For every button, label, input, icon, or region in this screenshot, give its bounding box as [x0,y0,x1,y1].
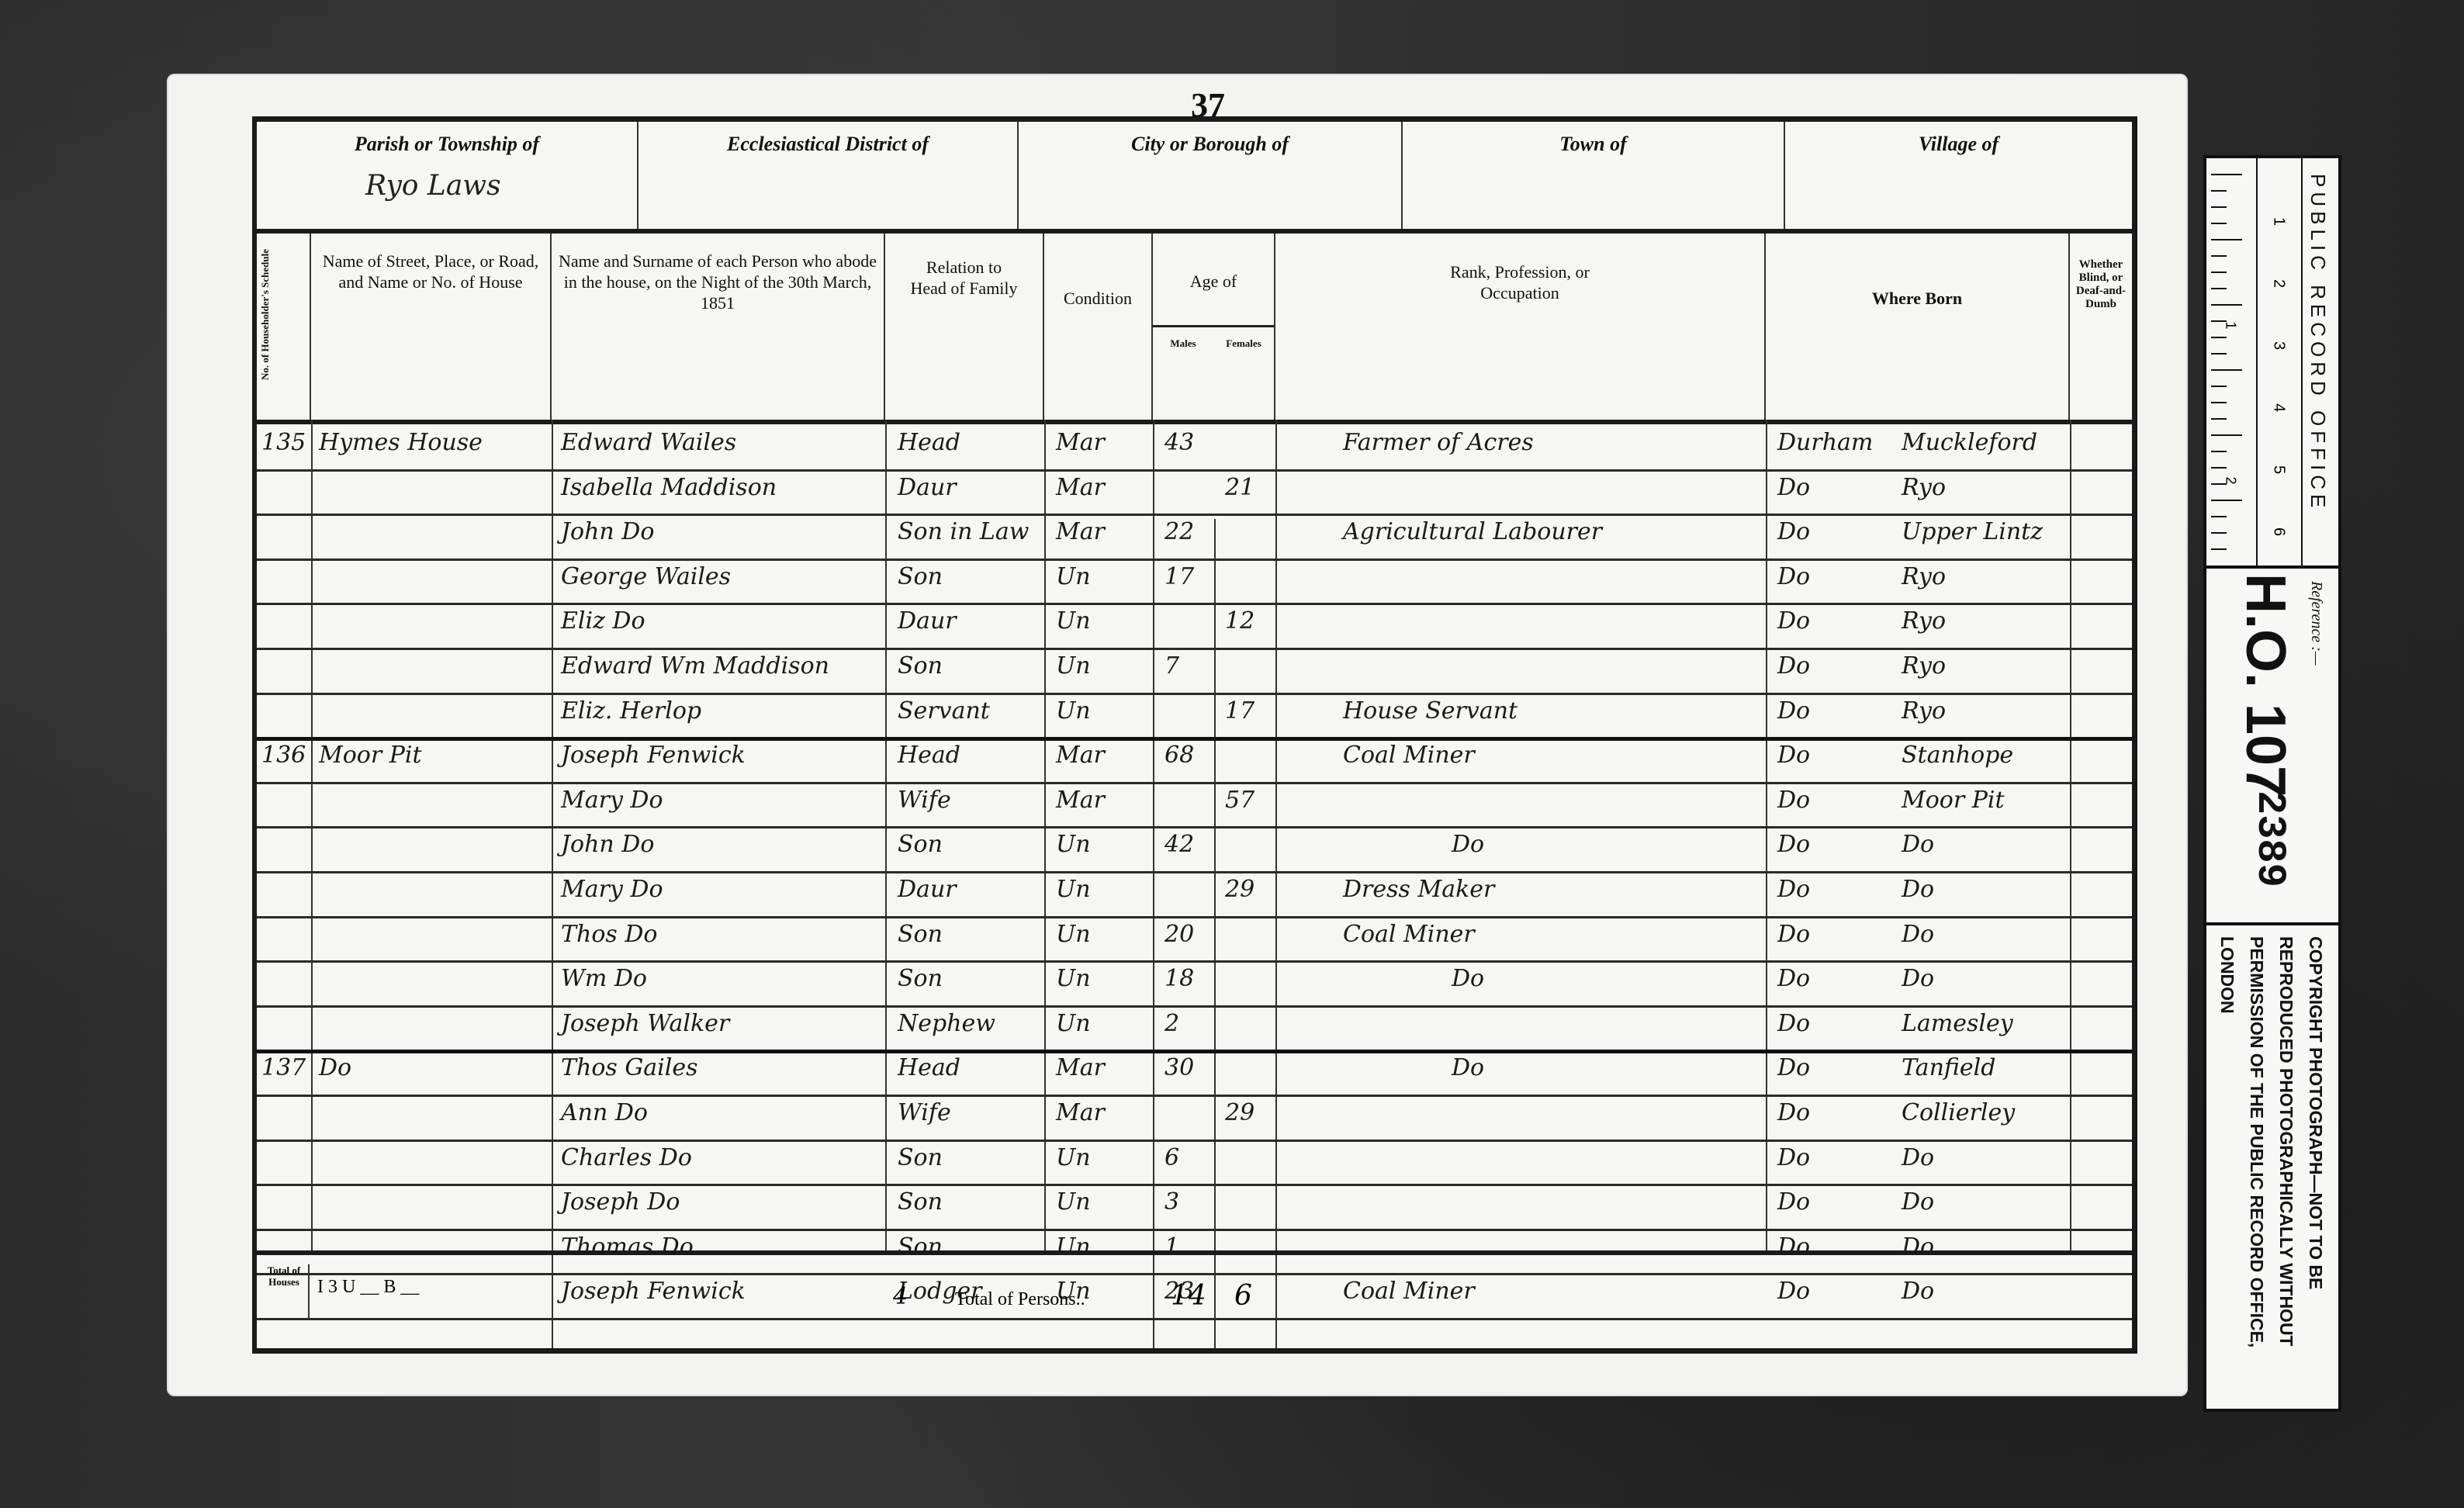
table-row: Ann DoWifeMar29DoCollierley [257,1095,2132,1142]
total-houses-label: Total of Houses [260,1264,310,1319]
total-males: 14 [1171,1280,1206,1312]
cell-female: 21 [1225,474,1254,509]
col-age: Age of Males Females [1153,233,1275,420]
cell-condition: Mar [1056,1099,1105,1134]
cell-name: Edward Wailes [561,429,736,464]
cell-occupation [1312,1099,1343,1134]
table-row: 135Hymes HouseEdward WailesHeadMar43Farm… [257,424,2132,472]
cell-occupation: House Servant [1312,697,1518,732]
parish-label: Parish or Township of [257,133,637,156]
cell-name: Mary Do [561,876,663,911]
town-label: Town of [1403,133,1784,156]
col-name: Name and Surname of each Person who abod… [552,233,885,420]
cell-born-county: Do [1777,607,1810,642]
cell-born-place: Upper Lintz [1902,518,2043,553]
cell-occupation [1312,1144,1343,1179]
cell-name: Mary Do [561,787,663,821]
cell-name: Thos Do [561,921,657,956]
cell-born-county: Do [1777,742,1810,776]
cell-occupation [1312,1188,1343,1223]
cell-occupation: Dress Maker [1312,876,1494,911]
copyright-section: COPYRIGHT PHOTOGRAPH—NOT TO BE REPRODUCE… [2206,922,2338,1403]
totals-row: Total of Houses I 3 U __ B __ 4 Total of… [257,1250,2132,1348]
cell-relation: Son [898,1188,943,1223]
cell-condition: Un [1056,831,1091,866]
table-row: John DoSonUn42DoDoDo [257,826,2132,873]
col-born: Where Born [1766,233,2070,420]
cell-condition: Un [1056,697,1091,732]
parish-cell: Parish or Township of Ryo Laws [257,122,638,229]
cell-male: 30 [1165,1054,1194,1089]
cell-born-county: Do [1777,1010,1810,1045]
cell-street: Hymes House [319,429,483,464]
cell-male: 20 [1165,921,1194,956]
table-row: Thos DoSonUn20Coal MinerDoDo [257,916,2132,963]
cell-born-county: Durham [1777,429,1873,464]
cell-condition: Un [1056,652,1091,687]
cell-occupation: Coal Miner [1312,742,1475,776]
total-houses-value: I 3 U __ B __ [317,1277,419,1298]
cell-name: John Do [561,518,654,553]
ecclesiastical-cell: Ecclesiastical District of [638,122,1019,229]
cell-born-place: Do [1902,876,1934,911]
office-name: PUBLIC RECORD OFFICE [2306,174,2330,512]
cell-born-place: Collierley [1902,1099,2015,1134]
cell-born-place: Lamesley [1902,1010,2013,1045]
cell-street: Do [319,1054,351,1089]
cell-condition: Mar [1056,429,1105,464]
cell-condition: Un [1056,965,1091,1000]
cell-born-county: Do [1777,652,1810,687]
table-row: George WailesSonUn17DoRyo [257,559,2132,606]
cell-name: Joseph Walker [561,1010,729,1045]
col-schedule: No. of Householder's Schedule [257,233,311,420]
cell-sched: 137 [261,1054,306,1089]
parish-value: Ryo Laws [365,170,501,202]
cell-name: Ann Do [561,1099,648,1134]
cell-condition: Un [1056,607,1091,642]
col-condition: Condition [1044,233,1153,420]
cell-born-county: Do [1777,787,1810,821]
cell-born-place: Ryo [1902,697,1946,732]
cell-relation: Son [898,921,943,956]
cell-born-place: Ryo [1902,607,1946,642]
cell-name: George Wailes [561,563,731,598]
village-label: Village of [1785,133,2132,156]
cell-born-county: Do [1777,876,1810,911]
cell-name: Joseph Fenwick [561,742,746,776]
cell-relation: Nephew [898,1010,995,1045]
cell-male: 18 [1165,965,1194,1000]
cell-born-county: Do [1777,1099,1810,1134]
table-row: 136Moor PitJoseph FenwickHeadMar68Coal M… [257,737,2132,784]
cell-relation: Son [898,831,943,866]
city-label: City or Borough of [1019,133,1401,156]
copyright-notice: COPYRIGHT PHOTOGRAPH—NOT TO BE REPRODUCE… [2213,936,2331,1386]
cell-name: Eliz. Herlop [561,697,701,732]
cell-occupation: Agricultural Labourer [1312,518,1602,553]
cell-male: 17 [1165,563,1194,598]
cell-born-place: Moor Pit [1902,787,2005,821]
cell-condition: Mar [1056,518,1105,553]
cell-relation: Wife [898,1099,951,1134]
column-headers: No. of Householder's Schedule Name of St… [257,233,2132,424]
cell-born-place: Stanhope [1902,742,2013,776]
table-row: John DoSon in LawMar22Agricultural Labou… [257,514,2132,561]
col-relation: Relation to Head of Family [885,233,1044,420]
col-occupation: Rank, Profession, or Occupation [1275,233,1766,420]
table-row: 137DoThos GailesHeadMar30DoDoTanfield [257,1050,2132,1097]
cell-born-county: Do [1777,518,1810,553]
cell-occupation: Do [1312,1054,1484,1089]
cell-name: Thos Gailes [561,1054,698,1089]
cell-born-county: Do [1777,1188,1810,1223]
cell-male: 43 [1165,429,1194,464]
cell-born-county: Do [1777,965,1810,1000]
reference-section: Reference :— H.O. 107 2389 [2206,565,2338,925]
census-form: Parish or Township of Ryo Laws Ecclesias… [252,116,2137,1354]
cell-sched: 135 [261,429,306,464]
cell-male: 68 [1165,742,1194,776]
cell-male: 22 [1165,518,1194,553]
table-row: Eliz. HerlopServantUn17House ServantDoRy… [257,693,2132,742]
table-row: Isabella MaddisonDaurMar21DoRyo [257,469,2132,517]
cell-condition: Mar [1056,474,1105,509]
col-street: Name of Street, Place, or Road, and Name… [311,233,552,420]
cell-relation: Son [898,1144,943,1179]
reference-class: H.O. 107 [2237,573,2293,797]
table-row: Mary DoDaurUn29Dress MakerDoDo [257,871,2132,918]
cell-condition: Mar [1056,787,1105,821]
cell-born-county: Do [1777,831,1810,866]
cell-occupation: Farmer of Acres [1312,429,1534,464]
cell-occupation: Do [1312,965,1484,1000]
tally-annotation: 4 [893,1283,908,1310]
cell-male: 2 [1165,1010,1179,1045]
cell-occupation [1312,1010,1343,1045]
cell-female: 17 [1225,697,1254,732]
census-rows: 135Hymes HouseEdward WailesHeadMar43Farm… [257,424,2132,1318]
cell-born-place: Tanfield [1902,1054,1995,1089]
cell-born-place: Do [1902,831,1934,866]
cell-occupation [1312,787,1343,821]
cell-name: Edward Wm Maddison [561,652,829,687]
cell-relation: Daur [898,607,957,642]
cell-born-place: Do [1902,1188,1934,1223]
cell-condition: Mar [1056,1054,1105,1089]
cell-born-county: Do [1777,474,1810,509]
cell-condition: Un [1056,563,1091,598]
cell-name: Eliz Do [561,607,645,642]
cell-male: 42 [1165,831,1194,866]
reference-tag: 1 2 1 2 3 4 5 6 PUBLIC RECORD OFFICE Ref… [2203,155,2341,1412]
city-cell: City or Borough of [1019,122,1403,229]
cell-condition: Un [1056,1144,1091,1179]
table-row: Eliz DoDaurUn12DoRyo [257,603,2132,650]
cell-male: 3 [1165,1188,1179,1223]
cell-female: 29 [1225,876,1254,911]
reference-piece: 2389 [2247,790,2293,887]
cell-born-place: Do [1902,921,1934,956]
table-row: Charles DoSonUn6DoDo [257,1140,2132,1187]
cell-relation: Head [898,429,960,464]
cell-male: 6 [1165,1144,1179,1179]
cell-born-place: Ryo [1902,474,1946,509]
cell-born-county: Do [1777,1054,1810,1089]
cell-condition: Un [1056,876,1091,911]
cell-relation: Daur [898,474,957,509]
location-header: Parish or Township of Ryo Laws Ecclesias… [257,122,2132,233]
cm-scale: 1 2 3 4 5 6 [2256,158,2303,565]
cell-name: Joseph Do [561,1188,680,1223]
cell-born-place: Do [1902,1144,1934,1179]
cell-name: John Do [561,831,654,866]
cell-female: 57 [1225,787,1254,821]
cell-relation: Son [898,652,943,687]
cell-born-place: Muckleford [1902,429,2037,464]
cell-occupation: Coal Miner [1312,921,1475,956]
cell-born-county: Do [1777,921,1810,956]
cell-born-county: Do [1777,1144,1810,1179]
inch-ruler: 1 2 [2211,158,2258,565]
cell-relation: Daur [898,876,957,911]
cell-occupation: Do [1312,831,1484,866]
cell-born-county: Do [1777,697,1810,732]
reference-label: Reference :— [2307,581,2325,666]
village-cell: Village of [1785,122,2132,229]
cell-born-place: Ryo [1902,652,1946,687]
cell-born-place: Ryo [1902,563,1946,598]
cell-relation: Head [898,1054,960,1089]
total-females: 6 [1234,1280,1252,1312]
cell-occupation [1312,652,1343,687]
total-persons-label: Total of Persons.. [955,1289,1085,1310]
cell-relation: Wife [898,787,951,821]
col-blind: Whether Blind, or Deaf-and-Dumb [2070,233,2132,420]
ruler-section: 1 2 1 2 3 4 5 6 PUBLIC RECORD OFFICE [2206,158,2338,569]
cell-relation: Son [898,965,943,1000]
cell-sched: 136 [261,742,306,776]
cell-relation: Son in Law [898,518,1029,553]
cell-relation: Servant [898,697,990,732]
cell-relation: Son [898,563,943,598]
cell-occupation [1312,474,1343,509]
table-row: Mary DoWifeMar57DoMoor Pit [257,782,2132,829]
cell-condition: Un [1056,921,1091,956]
cell-name: Charles Do [561,1144,692,1179]
town-cell: Town of [1403,122,1785,229]
cell-occupation [1312,607,1343,642]
cell-name: Isabella Maddison [561,474,777,509]
cell-condition: Mar [1056,742,1105,776]
cell-condition: Un [1056,1010,1091,1045]
cell-street: Moor Pit [319,742,422,776]
cell-male: 7 [1165,652,1179,687]
ecclesiastical-label: Ecclesiastical District of [638,133,1017,156]
cell-born-place: Do [1902,965,1934,1000]
table-row: Edward Wm MaddisonSonUn7DoRyo [257,648,2132,695]
table-row: Wm DoSonUn18DoDoDo [257,960,2132,1008]
table-row: Joseph DoSonUn3DoDo [257,1184,2132,1231]
cell-occupation [1312,563,1343,598]
cell-born-county: Do [1777,563,1810,598]
cell-name: Wm Do [561,965,647,1000]
table-row: Joseph WalkerNephewUn2DoLamesley [257,1005,2132,1054]
cell-female: 29 [1225,1099,1254,1134]
cell-female: 12 [1225,607,1254,642]
cell-condition: Un [1056,1188,1091,1223]
cell-relation: Head [898,742,960,776]
